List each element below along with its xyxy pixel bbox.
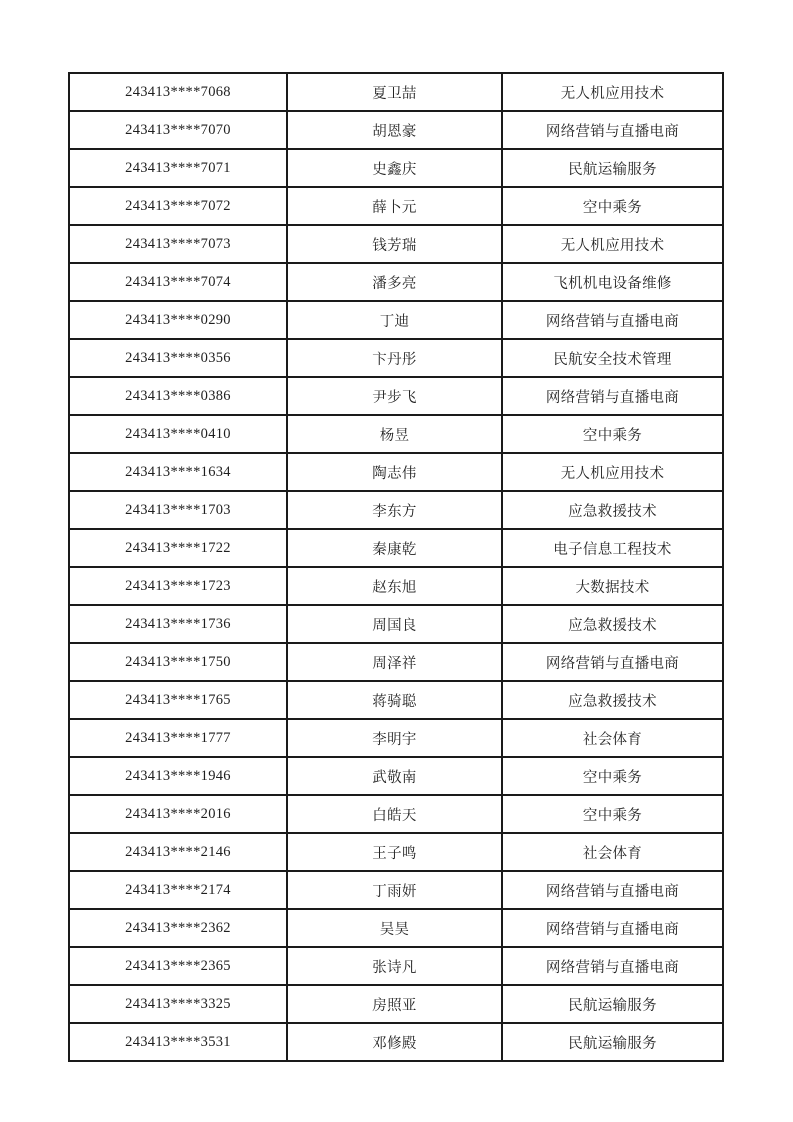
cell-major: 网络营销与直播电商 — [502, 643, 723, 681]
cell-student-id: 243413****1723 — [69, 567, 287, 605]
cell-student-name: 钱芳瑞 — [287, 225, 502, 263]
table-row: 243413****1765 蒋骑聪 应急救援技术 — [69, 681, 723, 719]
cell-student-id: 243413****1777 — [69, 719, 287, 757]
cell-major: 民航运输服务 — [502, 985, 723, 1023]
cell-student-name: 白皓天 — [287, 795, 502, 833]
cell-student-name: 周国良 — [287, 605, 502, 643]
table-row: 243413****2016 白皓天 空中乘务 — [69, 795, 723, 833]
table-row: 243413****7072 薛卜元 空中乘务 — [69, 187, 723, 225]
table-row: 243413****7073 钱芳瑞 无人机应用技术 — [69, 225, 723, 263]
table-row: 243413****0356 卞丹彤 民航安全技术管理 — [69, 339, 723, 377]
cell-major: 空中乘务 — [502, 757, 723, 795]
cell-student-id: 243413****2365 — [69, 947, 287, 985]
table-row: 243413****1777 李明宇 社会体育 — [69, 719, 723, 757]
table-row: 243413****1703 李东方 应急救援技术 — [69, 491, 723, 529]
cell-student-name: 史鑫庆 — [287, 149, 502, 187]
cell-student-name: 张诗凡 — [287, 947, 502, 985]
cell-student-name: 胡恩豪 — [287, 111, 502, 149]
cell-student-name: 蒋骑聪 — [287, 681, 502, 719]
table-row: 243413****1736 周国良 应急救援技术 — [69, 605, 723, 643]
cell-student-id: 243413****7073 — [69, 225, 287, 263]
table-row: 243413****2362 吴昊 网络营销与直播电商 — [69, 909, 723, 947]
cell-student-id: 243413****1634 — [69, 453, 287, 491]
cell-major: 民航运输服务 — [502, 149, 723, 187]
cell-student-id: 243413****0356 — [69, 339, 287, 377]
cell-student-name: 李东方 — [287, 491, 502, 529]
table-row: 243413****3325 房照亚 民航运输服务 — [69, 985, 723, 1023]
cell-major: 空中乘务 — [502, 415, 723, 453]
cell-major: 社会体育 — [502, 719, 723, 757]
cell-student-id: 243413****1736 — [69, 605, 287, 643]
cell-student-name: 卞丹彤 — [287, 339, 502, 377]
table-row: 243413****7071 史鑫庆 民航运输服务 — [69, 149, 723, 187]
cell-major: 网络营销与直播电商 — [502, 111, 723, 149]
cell-student-id: 243413****2174 — [69, 871, 287, 909]
cell-major: 网络营销与直播电商 — [502, 871, 723, 909]
cell-student-id: 243413****2016 — [69, 795, 287, 833]
table-row: 243413****1946 武敬南 空中乘务 — [69, 757, 723, 795]
cell-major: 网络营销与直播电商 — [502, 909, 723, 947]
cell-student-name: 邓修殿 — [287, 1023, 502, 1061]
table-row: 243413****2365 张诗凡 网络营销与直播电商 — [69, 947, 723, 985]
cell-student-id: 243413****7068 — [69, 73, 287, 111]
cell-student-id: 243413****2146 — [69, 833, 287, 871]
table-row: 243413****7074 潘多亮 飞机机电设备维修 — [69, 263, 723, 301]
table-row: 243413****1750 周泽祥 网络营销与直播电商 — [69, 643, 723, 681]
table-row: 243413****2146 王子鸣 社会体育 — [69, 833, 723, 871]
cell-major: 民航安全技术管理 — [502, 339, 723, 377]
table-row: 243413****0290 丁迪 网络营销与直播电商 — [69, 301, 723, 339]
cell-student-name: 尹步飞 — [287, 377, 502, 415]
cell-student-name: 吴昊 — [287, 909, 502, 947]
cell-student-name: 薛卜元 — [287, 187, 502, 225]
cell-student-id: 243413****7071 — [69, 149, 287, 187]
cell-student-id: 243413****7072 — [69, 187, 287, 225]
table-row: 243413****1722 秦康乾 电子信息工程技术 — [69, 529, 723, 567]
table-row: 243413****2174 丁雨妍 网络营销与直播电商 — [69, 871, 723, 909]
table-row: 243413****1723 赵东旭 大数据技术 — [69, 567, 723, 605]
cell-student-name: 王子鸣 — [287, 833, 502, 871]
cell-student-name: 杨昱 — [287, 415, 502, 453]
cell-student-id: 243413****1765 — [69, 681, 287, 719]
cell-student-id: 243413****0386 — [69, 377, 287, 415]
cell-major: 大数据技术 — [502, 567, 723, 605]
table-row: 243413****0386 尹步飞 网络营销与直播电商 — [69, 377, 723, 415]
cell-student-name: 陶志伟 — [287, 453, 502, 491]
cell-major: 应急救援技术 — [502, 605, 723, 643]
cell-major: 飞机机电设备维修 — [502, 263, 723, 301]
cell-student-id: 243413****0290 — [69, 301, 287, 339]
student-list-table: 243413****7068 夏卫喆 无人机应用技术 243413****707… — [68, 72, 724, 1062]
cell-major: 应急救援技术 — [502, 491, 723, 529]
cell-student-id: 243413****7070 — [69, 111, 287, 149]
cell-student-name: 周泽祥 — [287, 643, 502, 681]
cell-student-id: 243413****0410 — [69, 415, 287, 453]
table-row: 243413****7070 胡恩豪 网络营销与直播电商 — [69, 111, 723, 149]
cell-major: 网络营销与直播电商 — [502, 947, 723, 985]
table-row: 243413****3531 邓修殿 民航运输服务 — [69, 1023, 723, 1061]
cell-student-name: 赵东旭 — [287, 567, 502, 605]
cell-student-name: 秦康乾 — [287, 529, 502, 567]
cell-major: 民航运输服务 — [502, 1023, 723, 1061]
cell-student-name: 李明宇 — [287, 719, 502, 757]
cell-student-id: 243413****1703 — [69, 491, 287, 529]
cell-major: 空中乘务 — [502, 795, 723, 833]
cell-student-id: 243413****2362 — [69, 909, 287, 947]
cell-student-id: 243413****3325 — [69, 985, 287, 1023]
cell-major: 网络营销与直播电商 — [502, 301, 723, 339]
cell-major: 电子信息工程技术 — [502, 529, 723, 567]
document-page: 243413****7068 夏卫喆 无人机应用技术 243413****707… — [0, 0, 793, 1122]
cell-student-id: 243413****1722 — [69, 529, 287, 567]
cell-major: 空中乘务 — [502, 187, 723, 225]
cell-major: 无人机应用技术 — [502, 225, 723, 263]
cell-student-id: 243413****7074 — [69, 263, 287, 301]
cell-major: 无人机应用技术 — [502, 453, 723, 491]
table-row: 243413****7068 夏卫喆 无人机应用技术 — [69, 73, 723, 111]
cell-student-name: 丁雨妍 — [287, 871, 502, 909]
cell-major: 应急救援技术 — [502, 681, 723, 719]
cell-student-id: 243413****1750 — [69, 643, 287, 681]
cell-student-name: 夏卫喆 — [287, 73, 502, 111]
cell-student-name: 房照亚 — [287, 985, 502, 1023]
table-row: 243413****1634 陶志伟 无人机应用技术 — [69, 453, 723, 491]
cell-student-id: 243413****3531 — [69, 1023, 287, 1061]
student-table-body: 243413****7068 夏卫喆 无人机应用技术 243413****707… — [69, 73, 723, 1061]
cell-student-id: 243413****1946 — [69, 757, 287, 795]
cell-student-name: 丁迪 — [287, 301, 502, 339]
table-row: 243413****0410 杨昱 空中乘务 — [69, 415, 723, 453]
cell-major: 社会体育 — [502, 833, 723, 871]
cell-student-name: 武敬南 — [287, 757, 502, 795]
cell-major: 网络营销与直播电商 — [502, 377, 723, 415]
cell-major: 无人机应用技术 — [502, 73, 723, 111]
cell-student-name: 潘多亮 — [287, 263, 502, 301]
